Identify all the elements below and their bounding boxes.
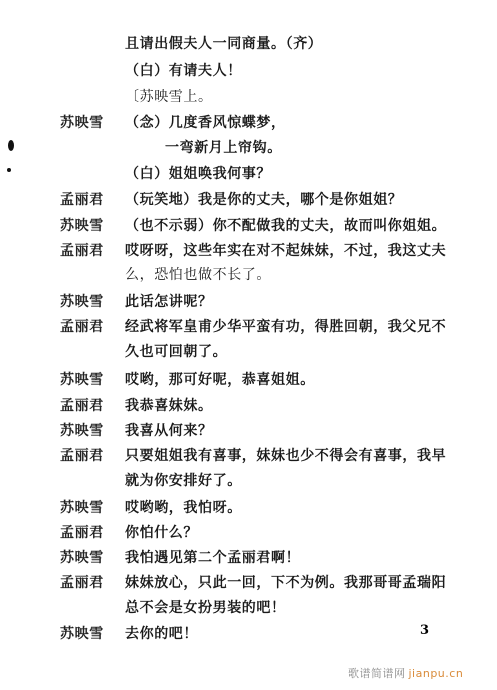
line-text: 么，恐怕也做不长了。 bbox=[125, 264, 271, 286]
speaker-name: 苏映雪 bbox=[60, 497, 120, 519]
line-text: 我喜从何来？ bbox=[125, 420, 213, 442]
line-text: 就为你安排好了。 bbox=[125, 470, 242, 492]
speaker-name: 苏映雪 bbox=[60, 215, 120, 237]
line-text: 你怕什么？ bbox=[125, 522, 198, 544]
line-text: 妹妹放心，只此一回，下不为例。我那哥哥孟瑞阳 bbox=[125, 572, 446, 594]
ink-blot bbox=[7, 168, 11, 172]
line-text: 总不会是女扮男装的吧！ bbox=[125, 597, 286, 619]
speaker-name: 苏映雪 bbox=[60, 291, 120, 313]
line-text: 〔苏映雪上。 bbox=[125, 86, 213, 108]
speaker-name: 孟丽君 bbox=[60, 240, 120, 262]
watermark-site-name: 歌谱简谱网 bbox=[348, 667, 406, 680]
line-text: （玩笑地）我是你的丈夫，哪个是你姐姐？ bbox=[125, 189, 402, 211]
line-text: 此话怎讲呢？ bbox=[125, 291, 213, 313]
line-text: 久也可回朝了。 bbox=[125, 341, 227, 363]
line-text: 哎哟，那可好呢，恭喜姐姐。 bbox=[125, 369, 315, 391]
watermark-url: jianpu.cn bbox=[409, 667, 464, 680]
line-text: （念）几度香风惊蝶梦， bbox=[125, 112, 286, 134]
speaker-name: 孟丽君 bbox=[60, 189, 120, 211]
line-text: （白）姐姐唤我何事？ bbox=[125, 163, 271, 185]
speaker-name: 苏映雪 bbox=[60, 369, 120, 391]
speaker-name: 孟丽君 bbox=[60, 522, 120, 544]
line-text: 我怕遇见第二个孟丽君啊！ bbox=[125, 547, 300, 569]
line-text: 经武将军皇甫少华平蛮有功，得胜回朝，我父兄不 bbox=[125, 316, 446, 338]
line-text: 只要姐姐我有喜事，妹妹也少不得会有喜事，我早 bbox=[125, 445, 446, 467]
line-text: （也不示弱）你不配做我的丈夫，故而叫你姐姐。 bbox=[125, 215, 446, 237]
speaker-name: 孟丽君 bbox=[60, 395, 120, 417]
line-text: 哎哟哟，我怕呀。 bbox=[125, 497, 242, 519]
page-number: 3 bbox=[420, 623, 429, 638]
line-text: 且请出假夫人一同商量。（齐） bbox=[125, 33, 322, 55]
speaker-name: 孟丽君 bbox=[60, 445, 120, 467]
speaker-name: 孟丽君 bbox=[60, 572, 120, 594]
line-text: 哎呀呀，这些年实在对不起妹妹，不过，我这丈夫 bbox=[125, 240, 446, 262]
line-text: （白）有请夫人！ bbox=[125, 60, 242, 82]
scanned-script-page: 且请出假夫人一同商量。（齐） （白）有请夫人！ 〔苏映雪上。 苏映雪 （念）几度… bbox=[0, 0, 497, 690]
speaker-name: 孟丽君 bbox=[60, 316, 120, 338]
speaker-name: 苏映雪 bbox=[60, 547, 120, 569]
ink-blot bbox=[8, 140, 14, 151]
watermark: 歌谱简谱网jianpu.cn bbox=[348, 665, 463, 681]
speaker-name: 苏映雪 bbox=[60, 623, 120, 645]
speaker-name: 苏映雪 bbox=[60, 420, 120, 442]
speaker-name: 苏映雪 bbox=[60, 112, 120, 134]
line-text: 一弯新月上帘钩。 bbox=[165, 137, 282, 159]
line-text: 我恭喜妹妹。 bbox=[125, 395, 213, 417]
line-text: 去你的吧！ bbox=[125, 623, 198, 645]
